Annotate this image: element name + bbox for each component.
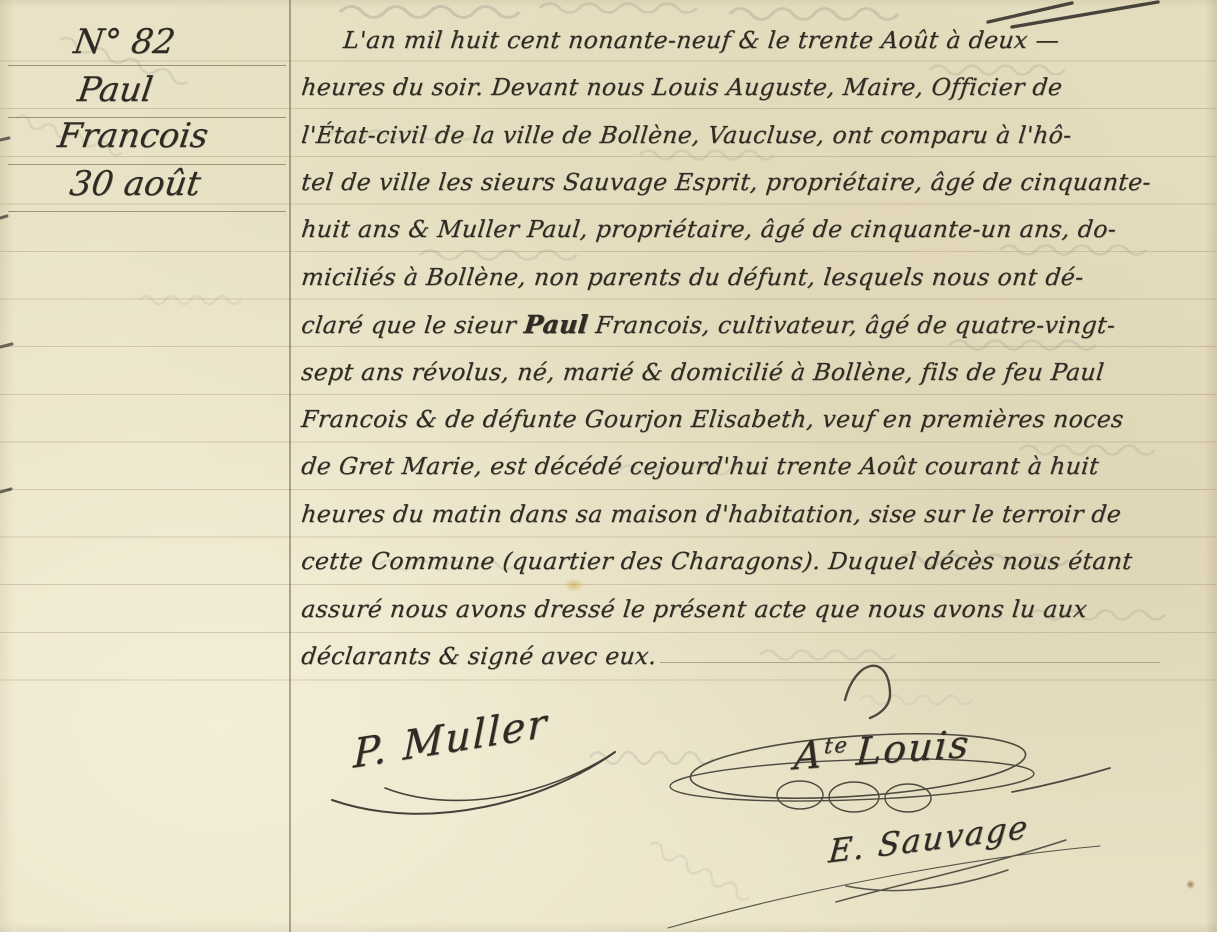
mayor-superscript: te (823, 733, 849, 759)
emphasized-deceased-surname: Paul (523, 310, 590, 339)
act-line-5: huit ans & Muller Paul, propriétaire, âg… (300, 215, 1118, 243)
mayor-initial: A (793, 732, 825, 778)
margin-act-date: 30 août (67, 164, 203, 204)
act-line-14: déclarants & signé avec eux. (300, 642, 658, 670)
act-line-7: claré que le sieur Paul Francois, cultiv… (300, 310, 1117, 339)
margin-rule-line (8, 211, 286, 212)
act-line-9: Francois & de défunte Gourjon Elisabeth,… (300, 405, 1125, 433)
signature-declarant-muller: P. Muller (353, 700, 549, 778)
ruled-lines-layer (0, 14, 1217, 686)
page-edge-marks (0, 138, 12, 492)
act-line-13: assuré nous avons dressé le présent acte… (300, 595, 1089, 623)
act-line-4: tel de ville les sieurs Sauvage Esprit, … (300, 168, 1152, 196)
act-line-10: de Gret Marie, est décédé cejourd'hui tr… (300, 452, 1101, 480)
mayor-name: Louis (855, 722, 972, 774)
signature-declarant-sauvage: E. Sauvage (827, 807, 1031, 870)
act-line-7-post: Francois, cultivateur, âgé de quatre-vin… (586, 311, 1117, 339)
act-line-6: miciliés à Bollène, non parents du défun… (300, 263, 1085, 291)
margin-deceased-surname: Paul (75, 70, 155, 110)
margin-deceased-given-name: Francois (55, 116, 210, 156)
margin-rule-line (8, 65, 286, 66)
death-record-page: N° 82 Paul Francois 30 août L'an mil hui… (0, 0, 1217, 932)
signature-mayor-louis: AteLouis (793, 722, 972, 779)
act-line-11: heures du matin dans sa maison d'habitat… (300, 500, 1123, 528)
margin-vertical-rule (289, 0, 291, 932)
act-line-7-pre: claré que le sieur (300, 311, 526, 339)
act-line-2: heures du soir. Devant nous Louis August… (300, 73, 1064, 101)
act-line-3: l'État-civil de la ville de Bollène, Vau… (300, 121, 1073, 149)
act-line-12: cette Commune (quartier des Charagons). … (300, 547, 1134, 575)
act-line-1: L'an mil huit cent nonante-neuf & le tre… (300, 26, 1061, 54)
act-line-8: sept ans révolus, né, marié & domicilié … (300, 358, 1106, 386)
paper-stain (564, 578, 584, 592)
paper-stain (1186, 880, 1195, 889)
margin-act-number: N° 82 (71, 22, 177, 62)
blank-filler-line (660, 662, 1160, 663)
correction-slash-mark (988, 2, 1158, 27)
